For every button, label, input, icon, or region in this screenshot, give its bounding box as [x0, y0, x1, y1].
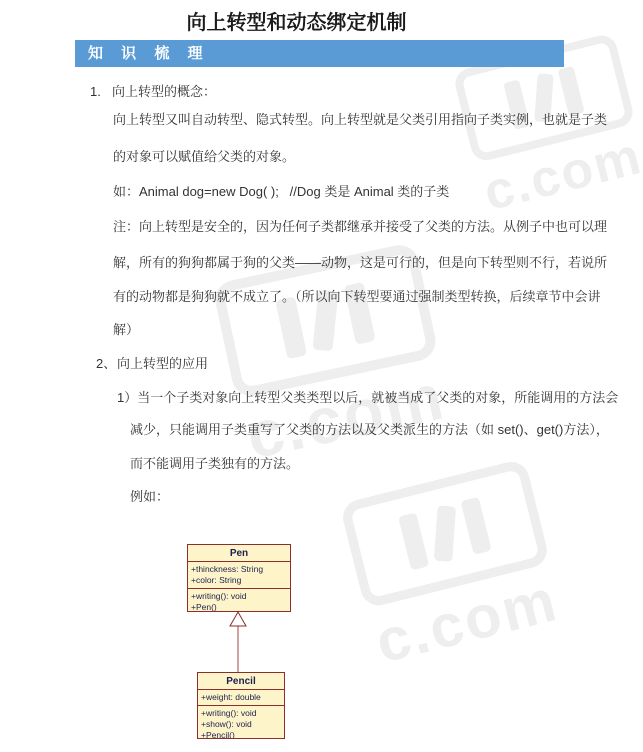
- watermark-text: c.com: [238, 364, 454, 471]
- watermark-logo-bar: [461, 497, 492, 555]
- list-item-2-heading: 向上转型的应用: [117, 356, 208, 372]
- uml-class-pencil-attributes: +weight: double: [198, 689, 284, 705]
- uml-class-pen-methods: +writing(): void +Pen(): [188, 588, 290, 612]
- uml-class-pen: Pen +thinckness: String +color: String +…: [187, 544, 291, 612]
- paragraph-line: 减少，只能调用子类重写了父类的方法以及父类派生的方法（如 set()、get()…: [130, 422, 609, 438]
- paragraph-line: 而不能调用子类独有的方法。: [130, 456, 299, 472]
- section-banner: 知 识 梳 理: [75, 40, 564, 67]
- uml-attribute: +thinckness: String: [191, 564, 287, 575]
- uml-method: +Pencil(): [201, 730, 281, 739]
- watermark-text: c.com: [367, 570, 567, 674]
- uml-class-pencil-name: Pencil: [198, 673, 284, 689]
- document-page: c.com c.com c.com 向上转型和动态绑定机制 知 识 梳 理 1.…: [0, 0, 643, 752]
- uml-attribute: +weight: double: [201, 692, 281, 703]
- uml-class-pen-name: Pen: [188, 545, 290, 561]
- note-line: 解，所有的狗狗都属于狗的父类——动物，这是可行的，但是向下转型则不行，若说所: [113, 255, 607, 271]
- note-line: 有的动物都是狗狗就不成立了。（所以向下转型要通过强制类型转换，后续章节中会讲: [113, 289, 601, 305]
- note-line: 注：向上转型是安全的，因为任何子类都继承并接受了父类的方法。从例子中也可以理: [113, 219, 607, 235]
- watermark-logo-bar: [398, 512, 429, 570]
- code-example-line: 如：Animal dog=new Dog( ); //Dog 类是 Animal…: [113, 184, 449, 200]
- note-line: 解）: [113, 322, 139, 338]
- uml-class-pencil-methods: +writing(): void +show(): void +Pencil(): [198, 705, 284, 739]
- page-title: 向上转型和动态绑定机制: [0, 6, 593, 35]
- list-item-1-marker: 1.: [90, 84, 101, 100]
- watermark-logo-bar: [558, 66, 585, 116]
- example-label: 例如：: [130, 489, 169, 505]
- uml-method: +writing(): void: [201, 708, 281, 719]
- uml-method: +writing(): void: [191, 591, 287, 602]
- watermark-logo-bar: [275, 296, 307, 359]
- watermark: c.com: [339, 458, 567, 674]
- paragraph-line: 的对象可以赋值给父类的对象。: [113, 149, 295, 165]
- section-banner-label: 知 识 梳 理: [75, 46, 210, 61]
- watermark-logo-bar: [434, 505, 456, 561]
- watermark-logo: [339, 458, 550, 609]
- watermark-text: c.com: [476, 129, 643, 220]
- list-item-1-heading: 向上转型的概念：: [112, 84, 216, 100]
- paragraph-line: 向上转型又叫自动转型、隐式转型。向上转型就是父类引用指向子类实例，也就是子类: [113, 112, 607, 128]
- paragraph-line: 1）当一个子类对象向上转型父类类型以后，就被当成了父类的对象，所能调用的方法会: [117, 390, 618, 406]
- uml-attribute: +color: String: [191, 575, 287, 586]
- uml-class-pencil: Pencil +weight: double +writing(): void …: [197, 672, 285, 739]
- uml-method: +show(): void: [201, 719, 281, 730]
- list-item-2-marker: 2、: [96, 356, 116, 372]
- uml-class-pen-attributes: +thinckness: String +color: String: [188, 561, 290, 588]
- inheritance-arrow: [228, 611, 248, 673]
